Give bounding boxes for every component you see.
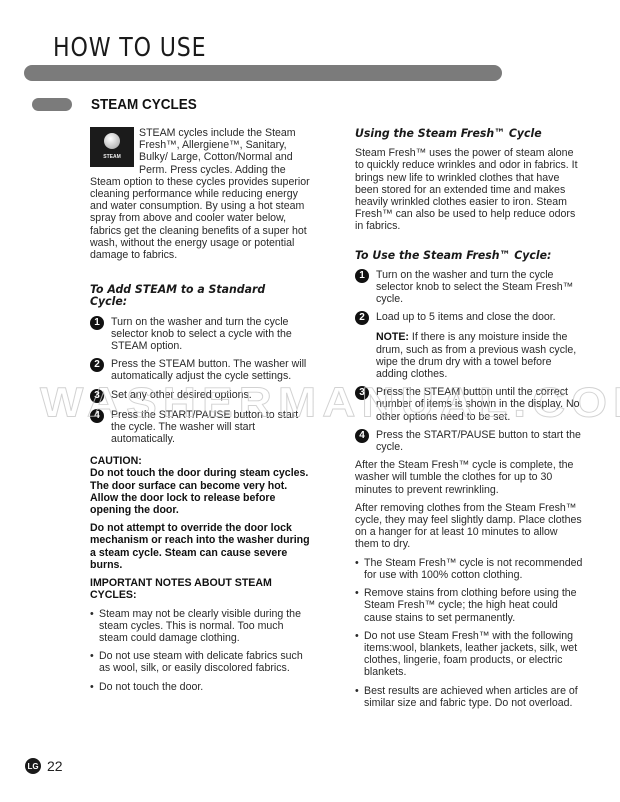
list-item: Do not use steam with delicate fabrics s… [90,650,312,674]
after-removing-text: After removing clothes from the Steam Fr… [355,502,583,551]
add-steam-heading: To Add STEAM to a Standard Cycle: [90,283,301,307]
using-steam-fresh-heading: Using the Steam Fresh™ Cycle [355,127,572,139]
add-steam-step: 2Press the STEAM button. The washer will… [90,358,312,382]
step-text: Press the STEAM button until the correct… [376,386,583,423]
list-item: Remove stains from clothing before using… [355,587,583,624]
right-column: Using the Steam Fresh™ Cycle Steam Fresh… [355,127,583,715]
steam-knob-icon [104,133,120,149]
page-number: 22 [47,758,63,774]
list-item: Best results are achieved when articles … [355,685,583,709]
steam-icon-label: STEAM [90,151,134,163]
step-number-icon: 2 [355,311,369,325]
step-number-icon: 4 [90,409,104,423]
to-use-steam-fresh-heading: To Use the Steam Fresh™ Cycle: [355,249,572,261]
step-number-icon: 3 [90,389,104,403]
page-title: HOW TO USE [53,33,206,63]
after-complete-text: After the Steam Fresh™ cycle is complete… [355,459,583,496]
step-number-icon: 3 [355,386,369,400]
caution-label: CAUTION: [90,455,312,467]
list-item: Do not use Steam Fresh™ with the followi… [355,630,583,679]
step-text: Set any other desired options. [111,389,312,403]
footer: LG 22 [25,758,63,774]
step-text: Turn on the washer and turn the cycle se… [111,316,312,353]
caution-text-1: Do not touch the door during steam cycle… [90,467,312,516]
step-number-icon: 1 [355,269,369,283]
step-number-icon: 2 [90,358,104,372]
steam-fresh-step: 1Turn on the washer and turn the cycle s… [355,269,583,306]
step-number-icon: 4 [355,429,369,443]
step-number-icon: 1 [90,316,104,330]
steam-fresh-tips-list: The Steam Fresh™ cycle is not recommende… [355,557,583,709]
using-steam-fresh-text: Steam Fresh™ uses the power of steam alo… [355,147,583,232]
steam-button-icon: STEAM [90,127,134,167]
notes-list: Steam may not be clearly visible during … [90,608,312,693]
steam-fresh-step: 3Press the STEAM button until the correc… [355,386,583,423]
section-title: STEAM CYCLES [91,96,197,113]
note-paragraph: NOTE: If there is any moisture inside th… [376,331,583,380]
list-item: The Steam Fresh™ cycle is not recommende… [355,557,583,581]
steam-fresh-step: 2Load up to 5 items and close the door. [355,311,583,325]
step-text: Turn on the washer and turn the cycle se… [376,269,583,306]
list-item: Steam may not be clearly visible during … [90,608,312,645]
caution-text-2: Do not attempt to override the door lock… [90,522,312,571]
step-text: Press the START/PAUSE button to start th… [376,429,583,453]
left-column: STEAM STEAM cycles include the Steam Fre… [90,127,312,699]
section-pill-marker [32,98,72,111]
list-item: Do not touch the door. [90,681,312,693]
add-steam-step: 1Turn on the washer and turn the cycle s… [90,316,312,353]
title-bar-divider [24,65,502,81]
lg-logo-icon: LG [25,758,41,774]
add-steam-step: 3Set any other desired options. [90,389,312,403]
notes-heading: IMPORTANT NOTES ABOUT STEAM CYCLES: [90,577,312,601]
step-text: Load up to 5 items and close the door. [376,311,583,325]
step-text: Press the STEAM button. The washer will … [111,358,312,382]
add-steam-step: 4Press the START/PAUSE button to start t… [90,409,312,446]
note-label: NOTE: [376,331,409,343]
steam-fresh-step: 4Press the START/PAUSE button to start t… [355,429,583,453]
step-text: Press the START/PAUSE button to start th… [111,409,312,446]
